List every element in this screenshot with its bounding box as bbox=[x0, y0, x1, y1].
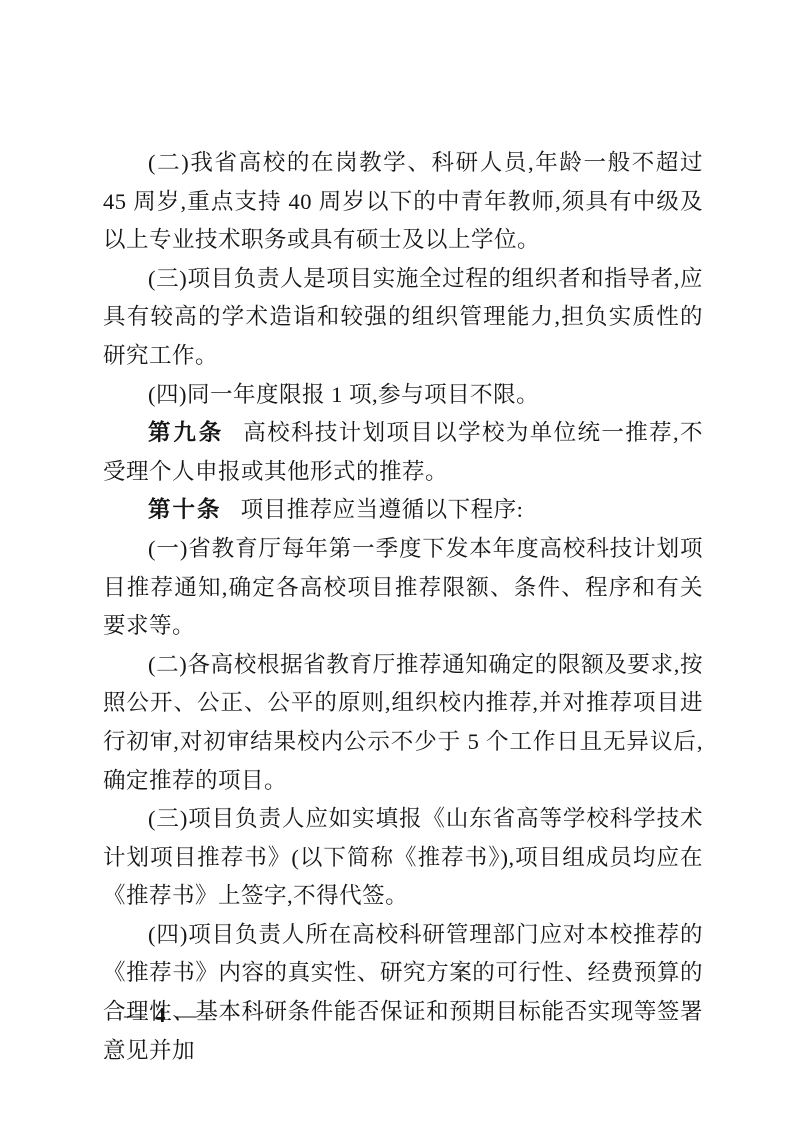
paragraph-text: 项目推荐应当遵循以下程序: bbox=[241, 497, 524, 522]
paragraph-text: (二)各高校根据省教育厅推荐通知确定的限额及要求,按照公开、公正、公平的原则,组… bbox=[103, 652, 703, 793]
paragraph: (二)我省高校的在岗教学、科研人员,年龄一般不超过 45 周岁,重点支持 40 … bbox=[103, 144, 703, 260]
document-body: (二)我省高校的在岗教学、科研人员,年龄一般不超过 45 周岁,重点支持 40 … bbox=[103, 144, 703, 1070]
paragraph-text: (三)项目负责人应如实填报《山东省高等学校科学技术计划项目推荐书》(以下简称《推… bbox=[103, 806, 703, 908]
page-number: —4— bbox=[118, 1000, 203, 1030]
paragraph: (三)项目负责人是项目实施全过程的组织者和指导者,应具有较高的学术造诣和较强的组… bbox=[103, 260, 703, 376]
footer-dash-left: — bbox=[118, 1000, 151, 1030]
paragraph: 第十条项目推荐应当遵循以下程序: bbox=[103, 491, 703, 530]
article-number: 第十条 bbox=[148, 497, 222, 522]
article-number: 第九条 bbox=[148, 420, 224, 445]
paragraph: (四)项目负责人所在高校科研管理部门应对本校推荐的《推荐书》内容的真实性、研究方… bbox=[103, 916, 703, 1070]
footer-dash-right: — bbox=[170, 1000, 203, 1030]
paragraph-text: (一)省教育厅每年第一季度下发本年度高校科技计划项目推荐通知,确定各高校项目推荐… bbox=[103, 536, 703, 638]
paragraph-text: (二)我省高校的在岗教学、科研人员,年龄一般不超过 45 周岁,重点支持 40 … bbox=[103, 150, 703, 252]
paragraph: (四)同一年度限报 1 项,参与项目不限。 bbox=[103, 376, 703, 415]
paragraph: (二)各高校根据省教育厅推荐通知确定的限额及要求,按照公开、公正、公平的原则,组… bbox=[103, 646, 703, 800]
paragraph-text: (四)项目负责人所在高校科研管理部门应对本校推荐的《推荐书》内容的真实性、研究方… bbox=[103, 922, 703, 1063]
paragraph-text: (四)同一年度限报 1 项,参与项目不限。 bbox=[148, 382, 539, 407]
paragraph: (一)省教育厅每年第一季度下发本年度高校科技计划项目推荐通知,确定各高校项目推荐… bbox=[103, 530, 703, 646]
paragraph: 第九条高校科技计划项目以学校为单位统一推荐,不受理个人申报或其他形式的推荐。 bbox=[103, 414, 703, 491]
document-page: (二)我省高校的在岗教学、科研人员,年龄一般不超过 45 周岁,重点支持 40 … bbox=[0, 0, 800, 1131]
paragraph-text: (三)项目负责人是项目实施全过程的组织者和指导者,应具有较高的学术造诣和较强的组… bbox=[103, 266, 703, 368]
paragraph: (三)项目负责人应如实填报《山东省高等学校科学技术计划项目推荐书》(以下简称《推… bbox=[103, 800, 703, 916]
page-number-value: 4 bbox=[151, 1003, 170, 1027]
